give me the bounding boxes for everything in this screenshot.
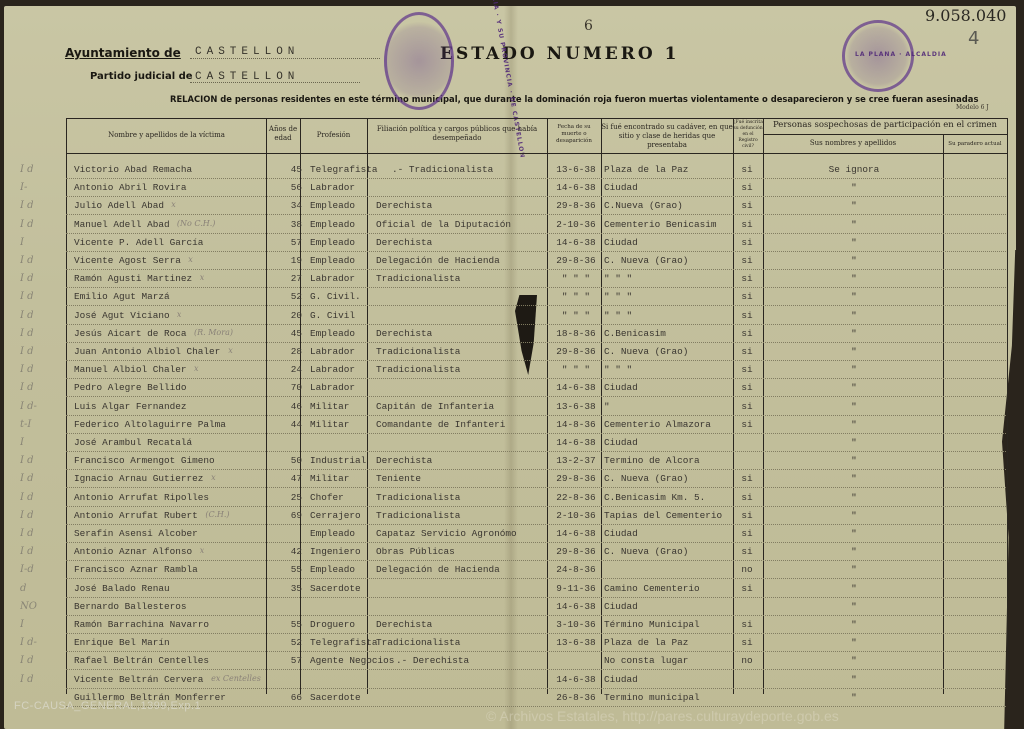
body-found-site: Ciudad [604,601,734,612]
suspect-names: " [766,200,942,211]
table-row: I dVicente Agost Serra19EmpleadoDelegaci… [66,251,1006,270]
victim-age: 52 [266,291,302,302]
archive-reference-watermark: FC-CAUSA_GENERAL,1399,Exp.1 [14,700,201,712]
suspect-names: " [766,237,942,248]
victim-age: 25 [266,492,302,503]
suspect-names: " [766,601,942,612]
notary-stamp-icon: AL · NOTARIA · Y SU PROVINCIA · DE CASTE… [384,12,454,110]
victim-name: Emilio Agut Marzá [74,291,264,302]
body-found-site: Termino de Alcora [604,455,734,466]
death-date: " " " [550,291,602,302]
civil-registry-status: si [734,200,760,211]
table-row: I d-Enrique Bel Marín52TelegrafistaTradi… [66,633,1006,652]
victim-age: 70 [266,382,302,393]
suspect-names: " [766,637,942,648]
column-header-whereabouts: Su paradero actual [943,140,1007,149]
victim-profession: Labrador [310,382,410,393]
relacion-heading: RELACION de personas residentes en este … [170,94,978,104]
column-header-suspects: Personas sospechosas de participación en… [763,121,1007,130]
margin-annotation: I d [20,473,60,484]
victim-age: 57 [266,237,302,248]
body-found-site: " " " [604,273,734,284]
victim-age: 50 [266,455,302,466]
victim-name: Manuel Adell Abad [74,219,264,230]
victim-filiation: Derechista [376,237,552,248]
victim-profession: Labrador [310,182,410,193]
victim-profession: Agente Negocios [310,655,410,666]
suspect-names: " [766,492,942,503]
victim-age: 66 [266,692,302,703]
margin-annotation: I [20,619,60,630]
alcaldia-seal-text: LA PLANA · ALCALDIA [855,51,947,58]
margin-annotation: I d [20,364,60,375]
victim-name: Manuel Albiol Chaler [74,364,264,375]
victim-filiation: Derechista [376,200,552,211]
margin-annotation: I d [20,219,60,230]
victim-filiation: Tradicionalista [376,364,552,375]
victim-name: Antonio Arrufat Ripolles [74,492,264,503]
table-row: I dRamón Agusti Martinez27LabradorTradic… [66,269,1006,288]
suspect-names: " [766,346,942,357]
civil-registry-status: si [734,291,760,302]
body-found-site: C. Nueva (Grao) [604,473,734,484]
civil-registry-status: si [734,401,760,412]
victim-name: Luis Algar Fernandez [74,401,264,412]
body-found-site: No consta lugar [604,655,734,666]
victim-filiation: Tradicionalista [376,346,552,357]
suspect-names: " [766,255,942,266]
column-header-name: Nombre y apellidos de la víctima [67,131,266,140]
civil-registry-status: si [734,419,760,430]
suspect-names: " [766,364,942,375]
table-row: I dJesús Aicart de Roca45EmpleadoDerechi… [66,324,1006,343]
victim-name: Enrique Bel Marín [74,637,264,648]
death-date: " " " [550,364,602,375]
death-date: 14-6-38 [550,437,602,448]
margin-annotation: I d [20,255,60,266]
victim-name: Vicente P. Adell García [74,237,264,248]
victim-name: Pedro Alegre Bellido [74,382,264,393]
victim-profession: Sacerdote [310,692,410,703]
table-row: I d-Luis Algar Fernandez46MilitarCapitán… [66,397,1006,416]
death-date: 14-6-38 [550,528,602,539]
victim-name: Julio Adell Abad [74,200,264,211]
victim-filiation: .- Tradicionalista [392,164,568,175]
column-header-profession: Profesión [300,131,367,140]
victim-age: 35 [266,583,302,594]
body-found-site: Plaza de la Paz [604,164,734,175]
suspect-names: " [766,437,942,448]
victim-name: Antonio Arrufat Rubert [74,510,264,521]
suspect-names: " [766,455,942,466]
suspect-names: " [766,692,942,703]
victim-filiation: .- Derechista [396,655,572,666]
victim-name: Ramón Barrachina Navarro [74,619,264,630]
body-found-site: Ciudad [604,674,734,685]
suspect-names: " [766,619,942,630]
margin-annotation: I d [20,674,60,685]
handwritten-note: x [211,473,216,482]
death-date: 14-6-38 [550,182,602,193]
margin-annotation: I d [20,291,60,302]
margin-annotation: I d- [20,401,60,412]
civil-registry-status: si [734,237,760,248]
margin-annotation: I [20,437,60,448]
victim-age: 45 [266,164,302,175]
death-date: 29-8-36 [550,255,602,266]
death-date: 13-6-38 [550,164,602,175]
modelo-label: Modelo 6 J [956,104,989,111]
victim-filiation: Oficial de la Diputación [376,219,552,230]
table-row: I dJosé Agut Viciano20G. Civil" " "" " "… [66,306,1006,325]
victim-profession: G. Civil. [310,291,410,302]
civil-registry-status: si [734,510,760,521]
suspect-names: " [766,419,942,430]
victim-age: 55 [266,619,302,630]
civil-registry-status: no [734,564,760,575]
margin-annotation: I d [20,382,60,393]
death-date: 3-10-36 [550,619,602,630]
civil-registry-status: si [734,328,760,339]
victim-filiation: Tradicionalista [376,273,552,284]
handwritten-note: x [177,310,182,319]
victim-filiation: Tradicionalista [376,637,552,648]
table-row: I dRafael Beltrán Centelles57Agente Nego… [66,651,1006,670]
body-found-site: Ciudad [604,182,734,193]
victim-name: José Agut Viciano [74,310,264,321]
table-row: I dVictorio Abad Remacha45Telegrafista.-… [66,160,1006,179]
body-found-site: C. Nueva (Grao) [604,346,734,357]
table-row: IRamón Barrachina Navarro55DrogueroDerec… [66,615,1006,634]
victim-age: 69 [266,510,302,521]
suspect-names: " [766,310,942,321]
death-date: 14-6-38 [550,382,602,393]
ayuntamiento-label: Ayuntamiento de [65,46,181,60]
victim-filiation: Teniente [376,473,552,484]
suspect-names: " [766,401,942,412]
victim-name: Francisco Armengot Gimeno [74,455,264,466]
table-row: I dManuel Adell Abad38EmpleadoOficial de… [66,215,1006,234]
victim-name: Bernardo Ballesteros [74,601,264,612]
handwritten-note: x [200,273,205,282]
civil-registry-status: no [734,655,760,666]
victim-age: 38 [266,219,302,230]
suspect-names: " [766,546,942,557]
victim-age: 56 [266,182,302,193]
handwritten-note: x [188,255,193,264]
margin-annotation: I d [20,164,60,175]
margin-annotation: I-d [20,564,60,575]
victim-age: 47 [266,473,302,484]
table-row: I dJulio Adell Abad34EmpleadoDerechista2… [66,196,1006,215]
margin-annotation: I d [20,310,60,321]
margin-annotation: I d- [20,637,60,648]
handwritten-note: ex Centelles [211,674,261,683]
partido-label: Partido judicial de [90,71,193,82]
victim-age: 57 [266,655,302,666]
civil-registry-status: si [734,310,760,321]
body-found-site: Plaza de la Paz [604,637,734,648]
victim-filiation: Comandante de Infanteri [376,419,552,430]
death-date: 29-8-36 [550,346,602,357]
body-found-site: Término Municipal [604,619,734,630]
margin-annotation: I d [20,492,60,503]
victim-age: 46 [266,401,302,412]
victim-filiation: Derechista [376,328,552,339]
civil-registry-status: si [734,219,760,230]
suspect-names: Se ignora [766,164,942,175]
margin-annotation: I d [20,346,60,357]
death-date: 29-8-36 [550,546,602,557]
partido-underline [190,82,360,83]
margin-annotation: I d [20,328,60,339]
death-date: 13-2-37 [550,455,602,466]
margin-annotation: I d [20,455,60,466]
death-date: 26-8-36 [550,692,602,703]
death-date: 13-6-38 [550,401,602,412]
victim-profession: G. Civil [310,310,410,321]
victim-age: 34 [266,200,302,211]
table-row: I dManuel Albiol Chaler24LabradorTradici… [66,360,1006,379]
victim-filiation: Capataz Servicio Agronómo [376,528,552,539]
body-found-site: Cementerio Almazora [604,419,734,430]
table-row: I dVicente Beltrán Cervera14-6-38Ciudad"… [66,670,1006,689]
body-found-site: " " " [604,364,734,375]
body-found-site: " " " [604,291,734,302]
table-row: I dFrancisco Armengot Gimeno50Industrial… [66,451,1006,470]
civil-registry-status: si [734,273,760,284]
victim-name: Juan Antonio Albiol Chaler [74,346,264,357]
table-row: I-dFrancisco Aznar Rambla55EmpleadoDeleg… [66,560,1006,579]
civil-registry-status: si [734,364,760,375]
body-found-site: " [604,401,734,412]
page-number: 4 [968,28,979,49]
victim-name: Francisco Aznar Rambla [74,564,264,575]
victim-name: Antonio Abril Rovira [74,182,264,193]
ayuntamiento-value: CASTELLON [195,46,299,58]
body-found-site: Ciudad [604,237,734,248]
civil-registry-status: si [734,528,760,539]
suspect-names: " [766,328,942,339]
body-found-site: Ciudad [604,437,734,448]
body-found-site: Tapias del Cementerio [604,510,734,521]
civil-registry-status: si [734,492,760,503]
suspect-names: " [766,182,942,193]
civil-registry-status: si [734,619,760,630]
column-header-suspect-names: Sus nombres y apellidos [763,139,943,148]
handwritten-note: x [194,364,199,373]
handwritten-note: x [171,200,176,209]
civil-registry-status: si [734,182,760,193]
body-found-site: C.Benicasim [604,328,734,339]
header-sub-rule [763,134,1007,135]
victim-profession: Sacerdote [310,583,410,594]
death-date: 24-8-36 [550,564,602,575]
victim-name: Serafín Asensi Alcober [74,528,264,539]
civil-registry-status: si [734,473,760,484]
victim-name: Antonio Aznar Alfonso [74,546,264,557]
civil-registry-status: si [734,346,760,357]
victim-filiation: Capitán de Infanteria [376,401,552,412]
body-found-site: Cementerio Benicasim [604,219,734,230]
victim-filiation: Delegación de Hacienda [376,564,552,575]
civil-registry-status: si [734,382,760,393]
victim-age: 55 [266,564,302,575]
victim-age: 52 [266,637,302,648]
table-row: I dAntonio Arrufat Rubert69CerrajeroTrad… [66,506,1006,525]
handwritten-note: (R. Mora) [194,328,233,337]
victim-name: Ramón Agusti Martinez [74,273,264,284]
table-row: I dPedro Alegre Bellido70Labrador14-6-38… [66,378,1006,397]
victim-age: 44 [266,419,302,430]
table-row: IVicente P. Adell García57EmpleadoDerech… [66,233,1006,252]
handwritten-note: x [200,546,205,555]
death-date: 2-10-36 [550,219,602,230]
margin-annotation: NO [20,601,60,612]
death-date: 18-8-36 [550,328,602,339]
victim-filiation: Derechista [376,455,552,466]
body-found-site: Camino Cementerio [604,583,734,594]
victim-filiation: Derechista [376,619,552,630]
table-row: I-Antonio Abril Rovira56Labrador14-6-38C… [66,178,1006,197]
death-date: 14-6-38 [550,601,602,612]
body-found-site: Ciudad [604,528,734,539]
table-row: I dEmilio Agut Marzá52G. Civil." " "" " … [66,287,1006,306]
ayuntamiento-underline [190,58,380,59]
civil-registry-status: si [734,637,760,648]
header-rule [67,153,1007,154]
death-date: 22-8-36 [550,492,602,503]
civil-registry-status: si [734,164,760,175]
victim-name: Rafael Beltrán Centelles [74,655,264,666]
margin-annotation: I d [20,655,60,666]
suspect-names: " [766,655,942,666]
suspect-names: " [766,528,942,539]
column-header-registered: ¿Fué inscrita su defunción en el Registr… [733,120,763,150]
victim-age: 24 [266,364,302,375]
victim-age: 28 [266,346,302,357]
margin-annotation: t-I [20,419,60,430]
victim-name: José Arambul Recatalá [74,437,264,448]
suspect-names: " [766,382,942,393]
table-row: I dSerafín Asensi AlcoberEmpleadoCapataz… [66,524,1006,543]
column-header-age: Años de edad [266,125,300,143]
death-date: " " " [550,310,602,321]
victim-filiation: Obras Públicas [376,546,552,557]
margin-annotation: I d [20,510,60,521]
handwritten-note: (No C.H.) [177,219,216,228]
death-date: 2-10-36 [550,510,602,521]
victim-name: Jesús Aicart de Roca [74,328,264,339]
body-found-site: C.Nueva (Grao) [604,200,734,211]
victim-filiation: Tradicionalista [376,492,552,503]
victim-filiation: Tradicionalista [376,510,552,521]
table-row: I dIgnacio Arnau Gutierrez47MilitarTenie… [66,469,1006,488]
column-header-filiation: Filiación política y cargos públicos que… [367,125,547,143]
victim-name: José Balado Renau [74,583,264,594]
death-date: 29-8-36 [550,200,602,211]
body-found-site: C.Benicasim Km. 5. [604,492,734,503]
body-found-site: Termino municipal [604,692,734,703]
table-row: I dJuan Antonio Albiol Chaler28LabradorT… [66,342,1006,361]
civil-registry-status: si [734,255,760,266]
reference-number: 6 [584,18,593,34]
body-found-site: Ciudad [604,382,734,393]
margin-annotation: I- [20,182,60,193]
table-row: NOBernardo Ballesteros14-6-38Ciudad" [66,597,1006,616]
margin-annotation: I d [20,546,60,557]
death-date: " " " [550,273,602,284]
suspect-names: " [766,273,942,284]
margin-annotation: I [20,237,60,248]
table-row: I dAntonio Arrufat Ripolles25ChoferTradi… [66,488,1006,507]
handwritten-note: x [228,346,233,355]
victim-name: Federico Altolaguirre Palma [74,419,264,430]
table-row: IJosé Arambul Recatalá14-6-38Ciudad" [66,433,1006,452]
column-header-site: Si fué encontrado su cadáver, en que sit… [601,123,733,150]
victim-age: 19 [266,255,302,266]
victim-age: 42 [266,546,302,557]
suspect-names: " [766,510,942,521]
handwritten-note: (C.H.) [205,510,229,519]
victim-age: 45 [266,328,302,339]
table-row: Guillermo Beltrán Monferrer66Sacerdote26… [66,688,1006,707]
suspect-names: " [766,583,942,594]
column-header-date: Fecha de su muerte o desaparición [547,124,601,145]
body-found-site: " " " [604,310,734,321]
suspect-names: " [766,219,942,230]
body-found-site: C. Nueva (Grao) [604,546,734,557]
death-date: 13-6-38 [550,637,602,648]
victim-filiation: Delegación de Hacienda [376,255,552,266]
victim-name: Vicente Agost Serra [74,255,264,266]
table-row: dJosé Balado Renau35Sacerdote9-11-36Cami… [66,579,1006,598]
body-found-site: C. Nueva (Grao) [604,255,734,266]
victim-age: 27 [266,273,302,284]
death-date: 29-8-36 [550,473,602,484]
suspect-names: " [766,291,942,302]
suspect-names: " [766,473,942,484]
margin-annotation: I d [20,528,60,539]
death-date: 14-8-36 [550,419,602,430]
table-row: t-IFederico Altolaguirre Palma44MilitarC… [66,415,1006,434]
victim-name: Victorio Abad Remacha [74,164,264,175]
death-date: 14-6-38 [550,674,602,685]
alcaldia-seal-icon: LA PLANA · ALCALDIA [842,20,914,92]
victim-name: Ignacio Arnau Gutierrez [74,473,264,484]
margin-annotation: d [20,583,60,594]
table-row: I dAntonio Aznar Alfonso42IngenieroObras… [66,542,1006,561]
victim-age: 20 [266,310,302,321]
suspect-names: " [766,564,942,575]
margin-annotation: I d [20,200,60,211]
copyright-watermark: © Archivos Estatales, http://pares.cultu… [486,708,839,724]
civil-registry-status: si [734,546,760,557]
civil-registry-status: si [734,583,760,594]
suspect-names: " [766,674,942,685]
document-number: 9.058.040 [925,6,1006,25]
death-date: 9-11-36 [550,583,602,594]
margin-annotation: I d [20,273,60,284]
document-title: ESTADO NUMERO 1 [440,44,679,64]
death-date: 14-6-38 [550,237,602,248]
